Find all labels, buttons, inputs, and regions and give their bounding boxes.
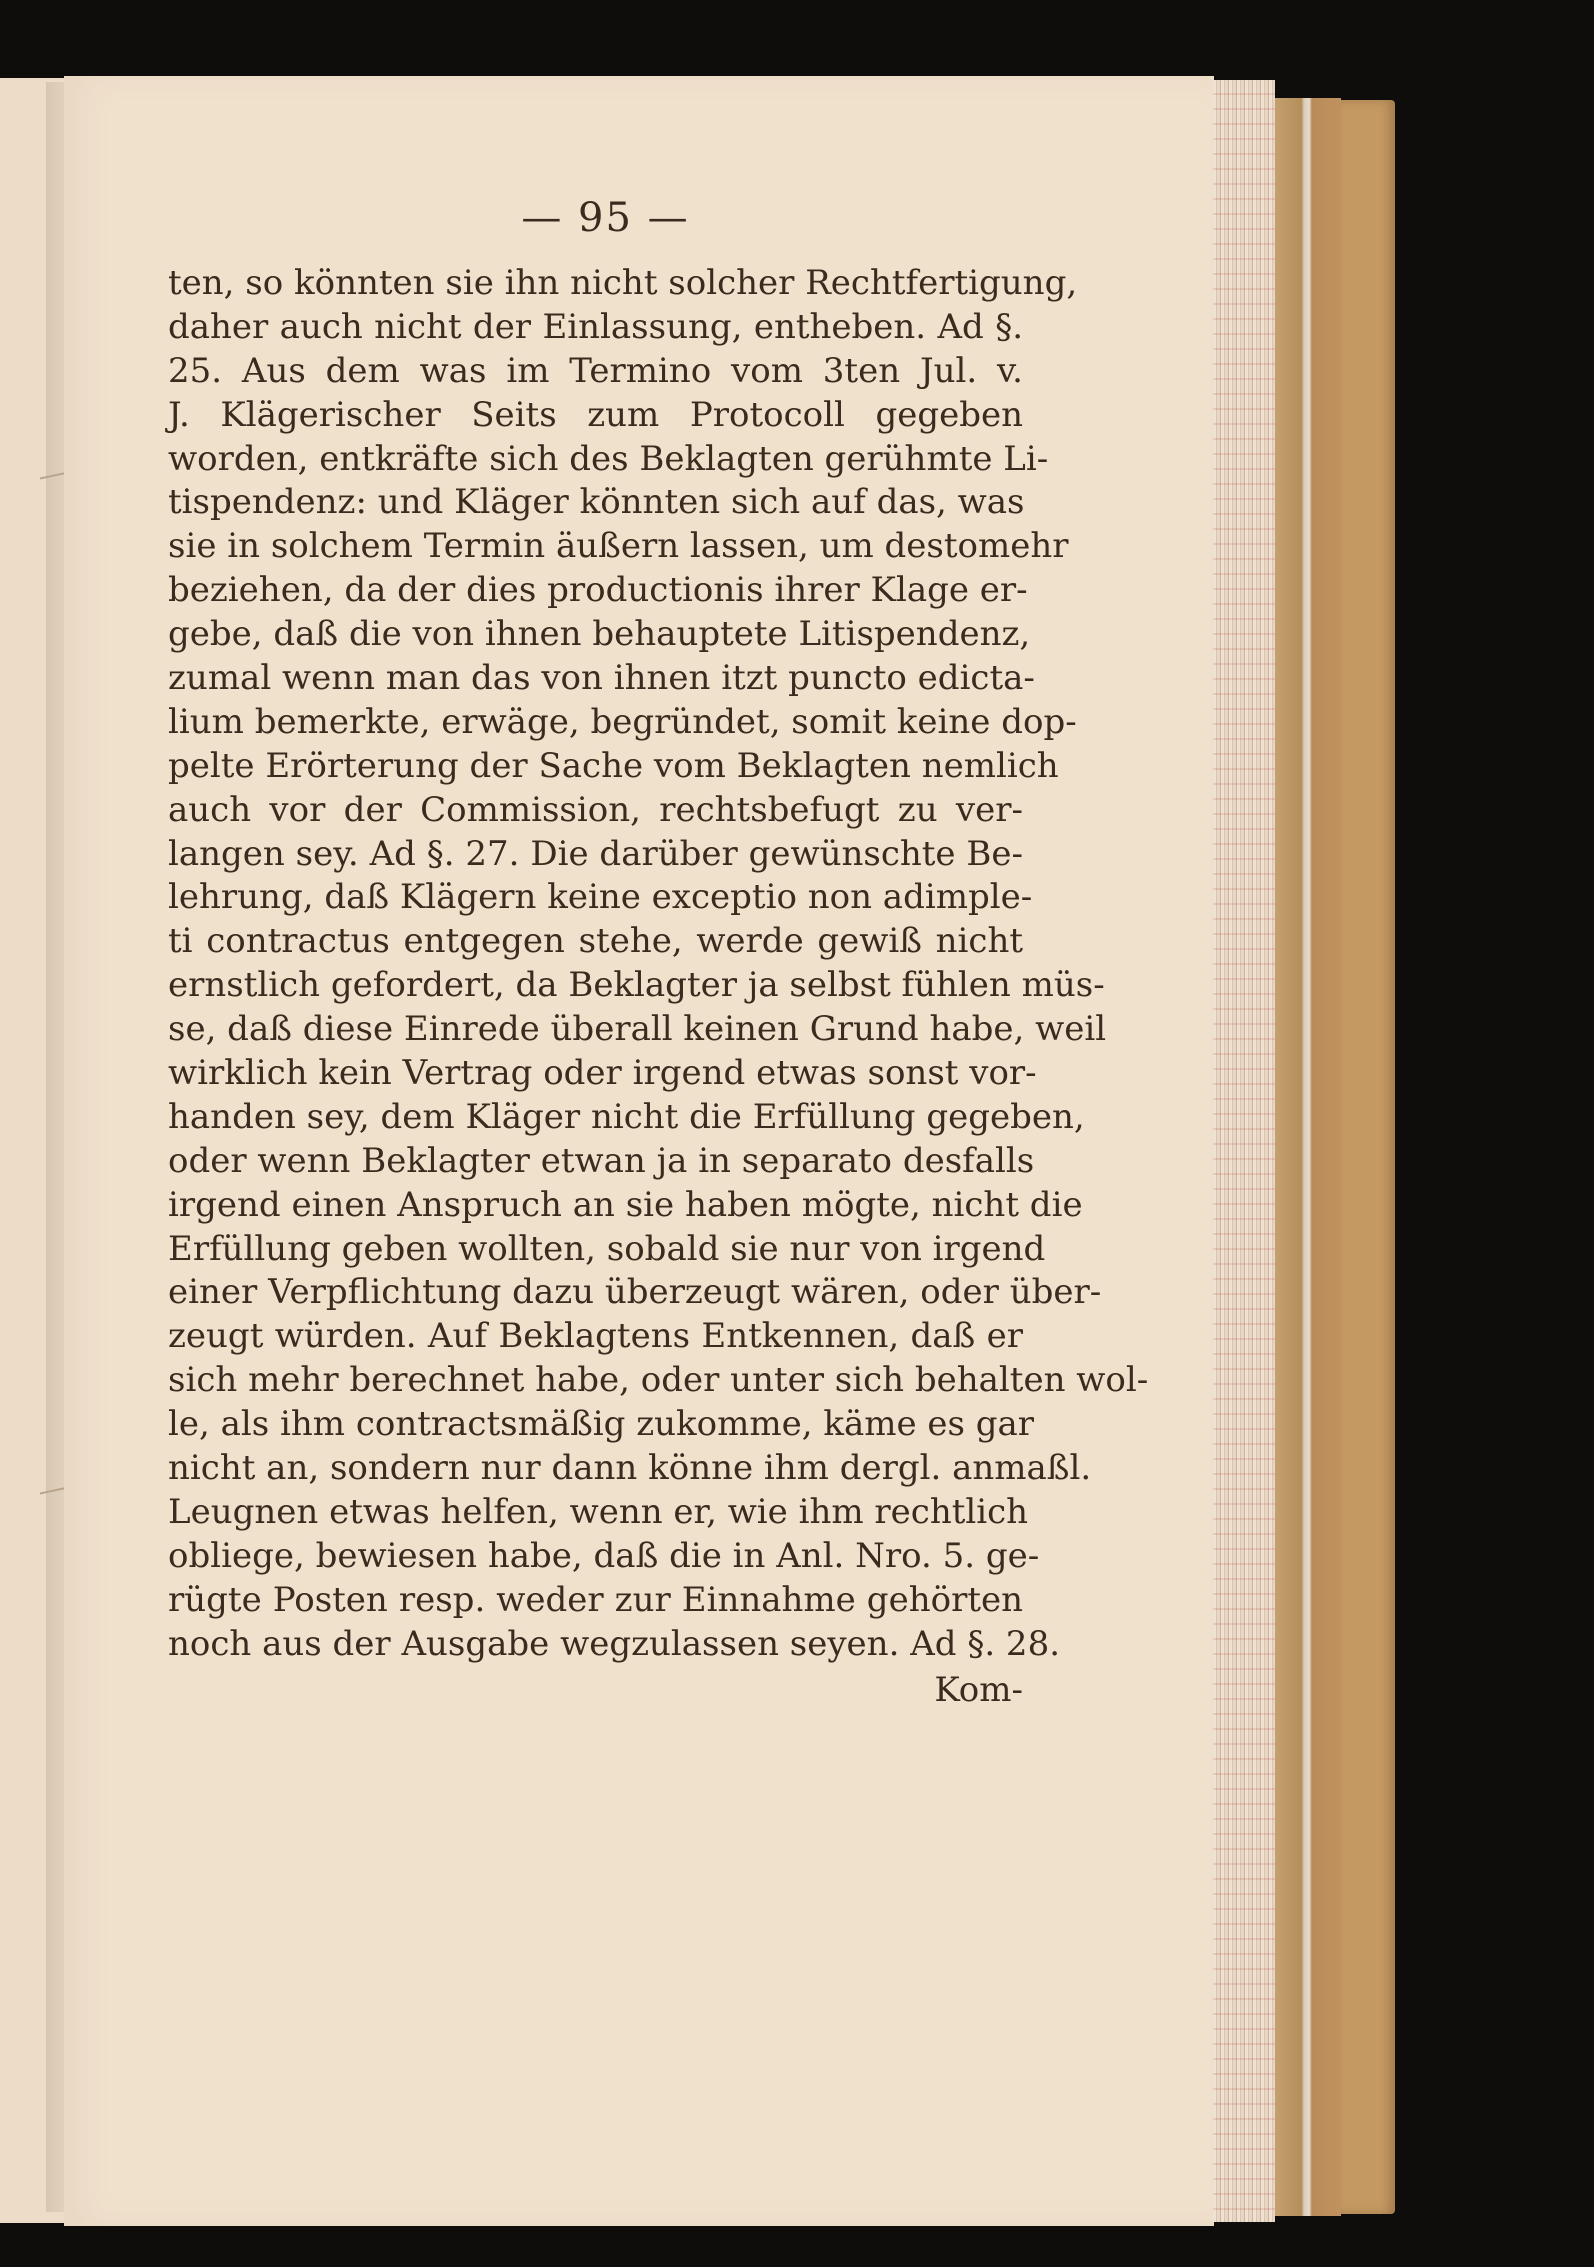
text-line: se, daß diese Einrede überall keinen Gru…	[168, 1008, 1023, 1052]
text-line: pelte Erörterung der Sache vom Beklagten…	[168, 745, 1023, 789]
text-line: tispendenz: und Kläger könnten sich auf …	[168, 481, 1023, 525]
text-line: Leugnen etwas helfen, wenn er, wie ihm r…	[168, 1491, 1023, 1535]
text-line: obliege, bewiesen habe, daß die in Anl. …	[168, 1535, 1023, 1579]
text-line: gebe, daß die von ihnen behauptete Litis…	[168, 613, 1023, 657]
text-line: oder wenn Beklagter etwan ja in separato…	[168, 1140, 1023, 1184]
page-text-block: — 95 — ten, so könnten sie ihn nicht sol…	[168, 188, 1023, 1713]
text-line: auch vor der Commission, rechtsbefugt zu…	[168, 789, 1023, 833]
text-line: irgend einen Anspruch an sie haben mögte…	[168, 1184, 1023, 1228]
page-number: — 95 —	[188, 188, 1023, 262]
text-line: ti contractus entgegen stehe, werde gewi…	[168, 920, 1023, 964]
text-line: worden, entkräfte sich des Beklagten ger…	[168, 438, 1023, 482]
text-line: sich mehr berechnet habe, oder unter sic…	[168, 1359, 1023, 1403]
text-line: lehrung, daß Klägern keine exceptio non …	[168, 876, 1023, 920]
text-line: beziehen, da der dies productionis ihrer…	[168, 569, 1023, 613]
cover-board	[1341, 100, 1395, 2214]
text-line: noch aus der Ausgabe wegzulassen seyen. …	[168, 1623, 1023, 1667]
catchword: Kom-	[168, 1667, 1023, 1713]
page-edges-sprinkled	[1213, 80, 1275, 2222]
text-line: J. Klägerischer Seits zum Protocoll gege…	[168, 394, 1023, 438]
text-line: langen sey. Ad §. 27. Die darüber gewüns…	[168, 833, 1023, 877]
text-line: einer Verpflichtung dazu überzeugt wären…	[168, 1271, 1023, 1315]
text-line: lium bemerkte, erwäge, begründet, somit …	[168, 701, 1023, 745]
text-line: ten, so könnten sie ihn nicht solcher Re…	[168, 262, 1023, 306]
text-line: wirklich kein Vertrag oder irgend etwas …	[168, 1052, 1023, 1096]
text-line: 25. Aus dem was im Termino vom 3ten Jul.…	[168, 350, 1023, 394]
text-line: ernstlich gefordert, da Beklagter ja sel…	[168, 964, 1023, 1008]
text-line: zumal wenn man das von ihnen itzt puncto…	[168, 657, 1023, 701]
text-line: sie in solchem Termin äußern lassen, um …	[168, 525, 1023, 569]
text-line: zeugt würden. Auf Beklagtens Entkennen, …	[168, 1315, 1023, 1359]
text-line: daher auch nicht der Einlassung, enthebe…	[168, 306, 1023, 350]
text-line: le, als ihm contractsmäßig zukomme, käme…	[168, 1403, 1023, 1447]
binding-turn-in	[1275, 98, 1341, 2216]
text-line: rügte Posten resp. weder zur Einnahme ge…	[168, 1579, 1023, 1623]
text-line: nicht an, sondern nur dann könne ihm der…	[168, 1447, 1023, 1491]
text-line: handen sey, dem Kläger nicht die Erfüllu…	[168, 1096, 1023, 1140]
text-line: Erfüllung geben wollten, sobald sie nur …	[168, 1228, 1023, 1272]
